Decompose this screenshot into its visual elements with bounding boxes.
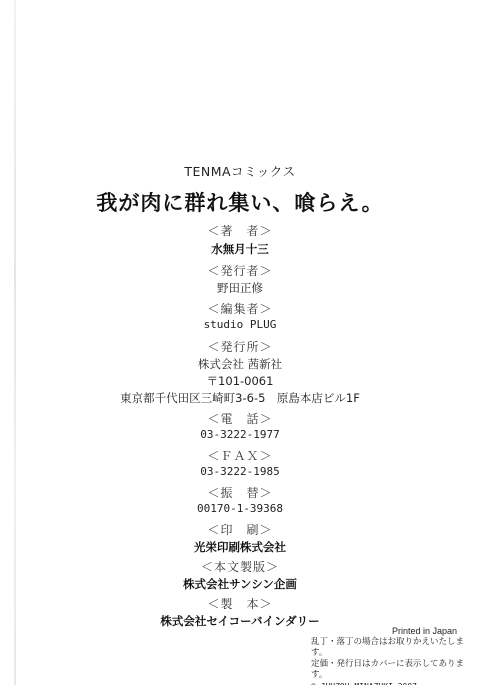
phone-number: 03-3222-1977 bbox=[0, 428, 480, 441]
heading-binding: ＜製 本＞ bbox=[0, 595, 480, 612]
heading-printing: ＜印 刷＞ bbox=[0, 521, 480, 538]
heading-transfer: ＜振 替＞ bbox=[0, 484, 480, 501]
heading-author: ＜著 者＞ bbox=[0, 222, 480, 239]
postal-code: 〒101-0061 bbox=[0, 373, 480, 389]
printing-company: 光栄印刷株式会社 bbox=[0, 539, 480, 555]
heading-publisher-office: ＜発行所＞ bbox=[0, 338, 480, 355]
footer-block: Printed in Japan 乱丁・落丁の場合はお取りかえいたします。 定価… bbox=[311, 626, 471, 685]
publisher-person: 野田正修 bbox=[0, 280, 480, 296]
heading-fax: ＜ＦＡＸ＞ bbox=[0, 447, 480, 464]
fax-number: 03-3222-1985 bbox=[0, 465, 480, 478]
copyright: © JUUZOH MINAZUKI 2007 bbox=[311, 681, 471, 685]
transfer-account: 00170-1-39368 bbox=[0, 502, 480, 515]
plate-making-company: 株式会社サンシン企画 bbox=[0, 576, 480, 592]
address: 東京都千代田区三崎町3-6-5 原島本店ビル1F bbox=[0, 390, 480, 406]
heading-plate-making: ＜本文製版＞ bbox=[0, 558, 480, 575]
editor-name: studio PLUG bbox=[0, 318, 480, 331]
replacement-notice: 乱丁・落丁の場合はお取りかえいたします。 bbox=[311, 637, 471, 659]
book-title: 我が肉に群れ集い、喰らえ。 bbox=[0, 187, 480, 217]
heading-phone: ＜電 話＞ bbox=[0, 410, 480, 427]
heading-publisher-person: ＜発行者＞ bbox=[0, 262, 480, 279]
publisher-company: 株式会社 茜新社 bbox=[0, 356, 480, 372]
heading-editor: ＜編集者＞ bbox=[0, 300, 480, 317]
printed-in-japan: Printed in Japan bbox=[311, 626, 471, 637]
author-name: 水無月十三 bbox=[0, 241, 480, 257]
price-notice: 定価・発行日はカバーに表示してあります。 bbox=[311, 659, 471, 681]
series-label: TENMAコミックス bbox=[0, 162, 480, 180]
